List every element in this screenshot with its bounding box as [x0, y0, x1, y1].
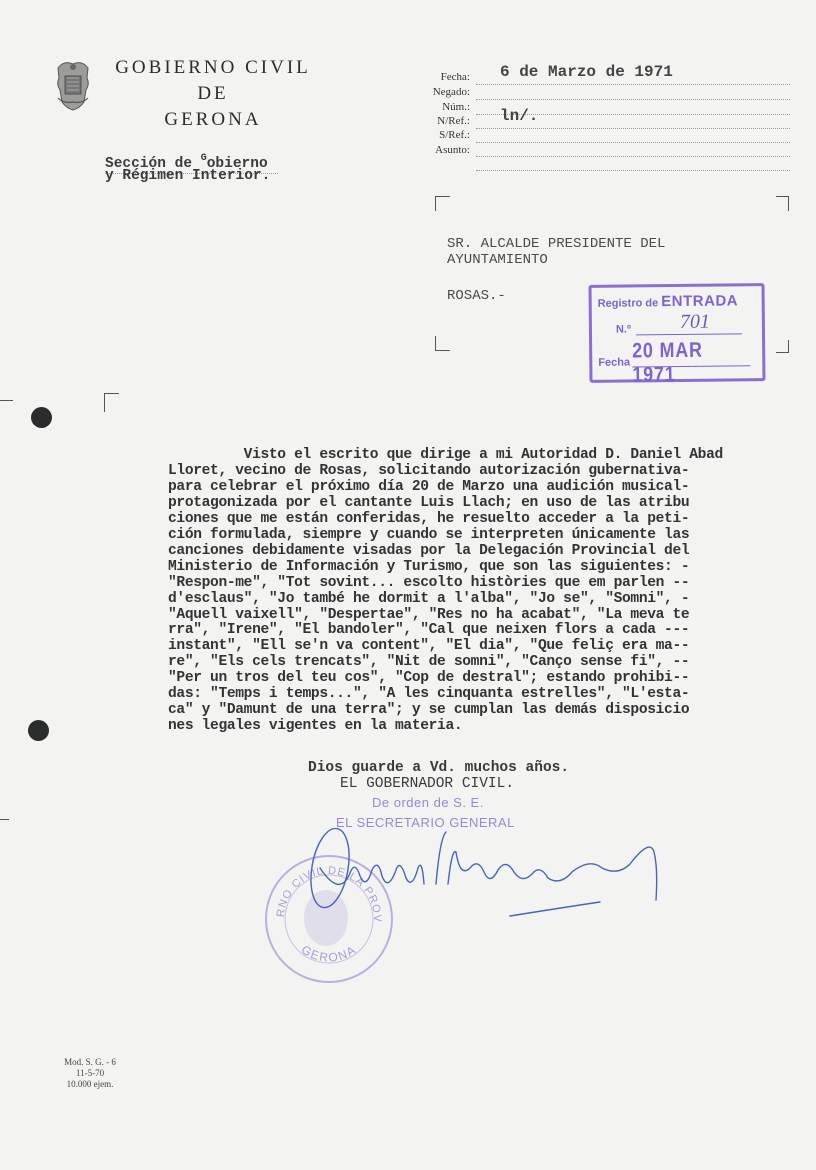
coat-of-arms-icon [54, 58, 92, 112]
body-line: para celebrar el próximo día 20 de Marzo… [168, 480, 796, 496]
closing-salutation: Dios guarde a Vd. muchos años. [308, 760, 569, 776]
body-line: canciones debidamente visadas por la Del… [168, 544, 796, 560]
section-line-2: y Régimen Interior. [105, 168, 270, 185]
label-num: Núm.: [420, 101, 470, 113]
secretary-stamp-line-1: De orden de S. E. [372, 795, 484, 810]
value-fecha: 6 de Marzo de 1971 [500, 63, 673, 81]
line-nref [476, 128, 790, 129]
letterhead-de: DE [106, 83, 320, 105]
letter-body: Visto el escrito que dirige a mi Autorid… [168, 448, 796, 735]
body-line: ciones que me están conferidas, he resue… [168, 512, 796, 528]
line-fecha [476, 84, 790, 85]
label-negado: Negado: [420, 86, 470, 98]
body-line: instant", "Ell se'n va content", "El dia… [168, 639, 796, 655]
body-line: d'esclaus", "Jo també he dormit a l'alba… [168, 592, 796, 608]
stamp-date: 20 MAR 1971 [632, 338, 743, 387]
body-line: "Per un tros del teu cos", "Cop de destr… [168, 671, 796, 687]
body-line: "Aquell vaixell", "Despertae", "Res no h… [168, 608, 796, 624]
line-sref [476, 142, 790, 143]
letterhead-title: GOBIERNO CIVIL [106, 57, 320, 79]
body-line: ca" y "Damunt de una terra"; y se cumpla… [168, 703, 796, 719]
recipient-line-3: ROSAS.- [447, 288, 506, 305]
corner-mark-tl [435, 196, 450, 211]
form-model-code: Mod. S. G. - 6 [40, 1057, 140, 1068]
body-line: rra", "Irene", "El bandoler", "Cal que n… [168, 623, 796, 639]
form-model-date: 11-5-70 [40, 1068, 140, 1079]
line-asunto [476, 156, 790, 157]
recipient-line-2: AYUNTAMIENTO [447, 252, 548, 269]
label-fecha: Fecha: [420, 71, 470, 83]
body-line: nes legales vigentes en la materia. [168, 719, 796, 735]
value-nref: ln/. [500, 107, 538, 125]
corner-mark-br [776, 340, 789, 353]
label-sref: S/Ref.: [420, 129, 470, 141]
corner-mark-bl [435, 336, 450, 351]
handwritten-signature [300, 828, 680, 928]
recipient-line-1: SR. ALCALDE PRESIDENTE DEL [447, 236, 665, 253]
line-asunto-2 [476, 170, 790, 171]
stamp-number-label: N.º [616, 323, 631, 335]
stamp-number: 701 [680, 311, 710, 334]
stamp-date-label: Fecha [598, 356, 630, 368]
body-line: re", "Els cels trencats", "Nit de somni"… [168, 655, 796, 671]
fold-mark [104, 393, 119, 412]
letterhead-province: GERONA [106, 109, 320, 131]
body-line: Ministerio de Información y Turismo, que… [168, 560, 796, 576]
body-line: Visto el escrito que dirige a mi Autorid… [168, 448, 796, 464]
body-line: ción formulada, siempre y cuando se inte… [168, 528, 796, 544]
corner-mark-tr [776, 196, 789, 211]
form-print-run: 10.000 ejem. [40, 1079, 140, 1090]
label-nref: N/Ref.: [420, 115, 470, 127]
punch-hole-top [31, 407, 52, 428]
stamp-title: Registro de ENTRADA [598, 292, 739, 310]
body-line: protagonizada por el cantante Luis Llach… [168, 496, 796, 512]
line-negado [476, 99, 790, 100]
body-line: das: "Temps i temps...", "A les cinquant… [168, 687, 796, 703]
body-line: "Respon-me", "Tot sovint... escolto hist… [168, 576, 796, 592]
entry-registry-stamp: Registro de ENTRADA N.º 701 Fecha 20 MAR… [588, 283, 765, 383]
punch-hole-bottom [28, 720, 49, 741]
body-line: Lloret, vecino de Rosas, solicitando aut… [168, 464, 796, 480]
closing-signatory-title: EL GOBERNADOR CIVIL. [340, 776, 514, 792]
margin-tick-2 [0, 819, 9, 820]
margin-tick-1 [0, 400, 13, 401]
label-asunto: Asunto: [420, 144, 470, 156]
